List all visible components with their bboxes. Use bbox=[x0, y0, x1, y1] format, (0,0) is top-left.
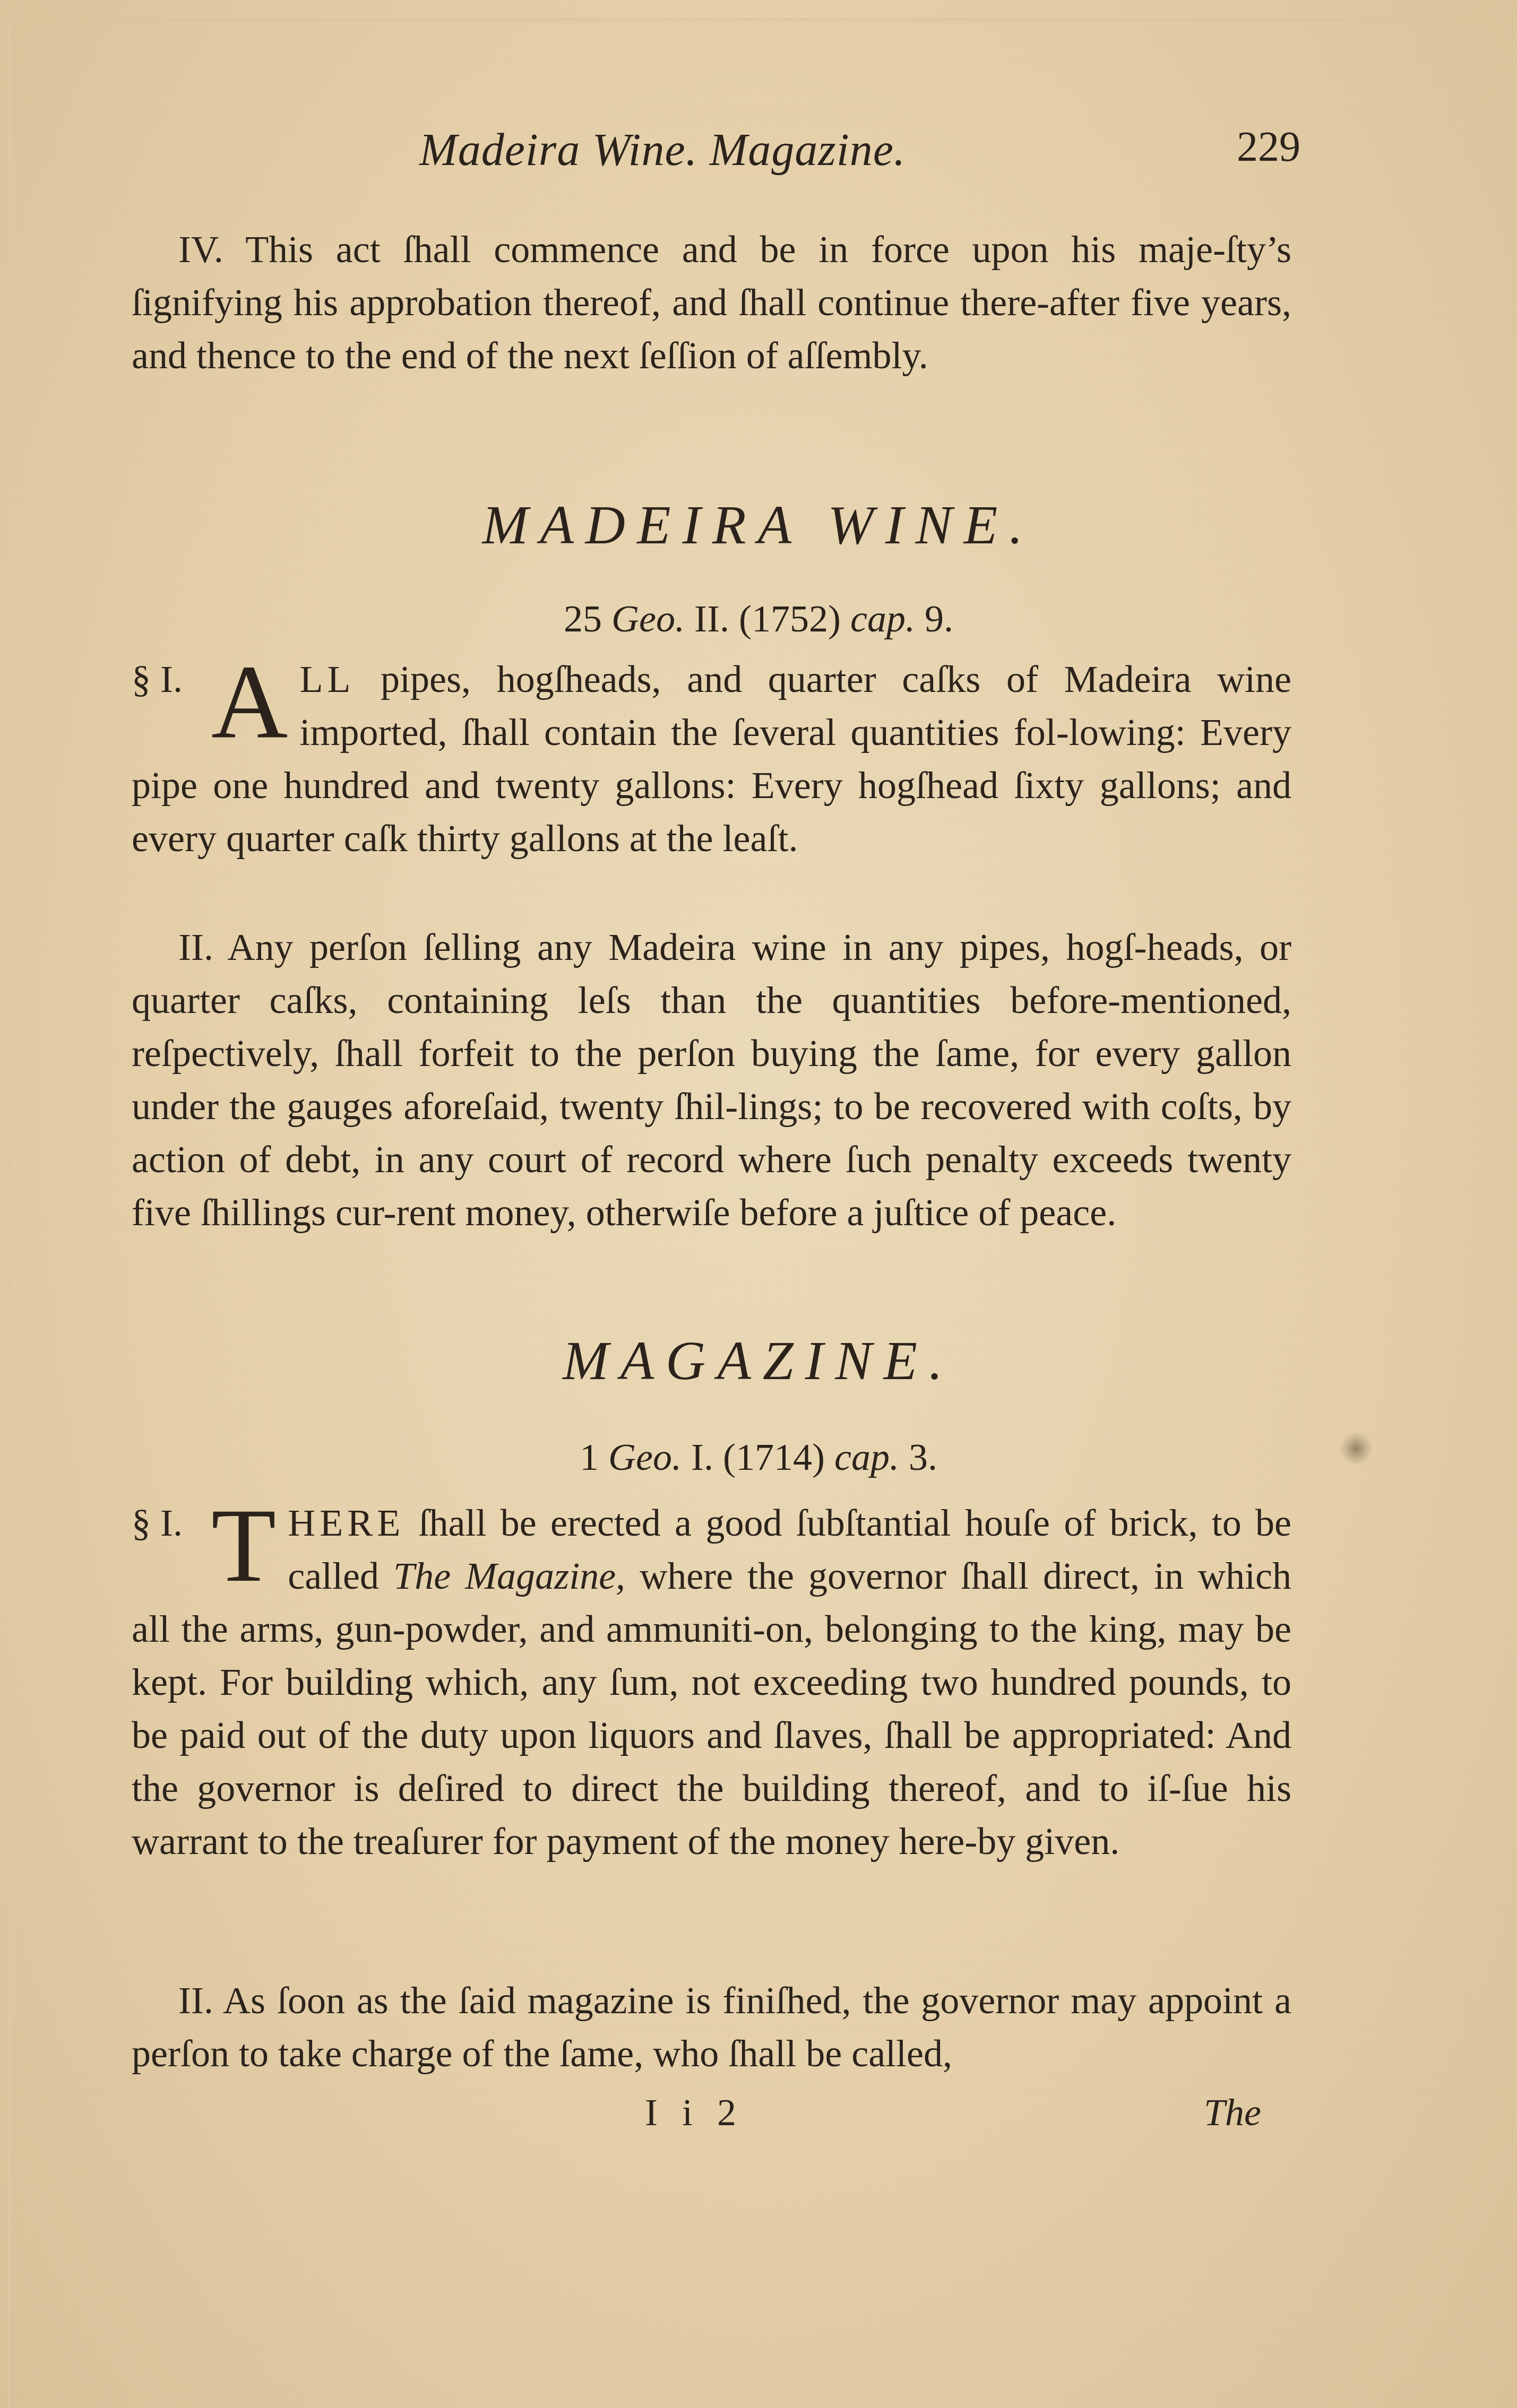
page-footer: I i 2 The bbox=[0, 2091, 1517, 2144]
statute-reference-madeira: 25 Geo. II. (1752) cap. 9. bbox=[0, 597, 1517, 641]
paragraph-text-part2: where the governor ſhall direct, in whic… bbox=[132, 1555, 1291, 1863]
magazine-section-ii-block: II. As ſoon as the ſaid magazine is fini… bbox=[132, 1974, 1291, 2080]
italic-the-magazine: The Magazine, bbox=[393, 1555, 625, 1597]
signature-mark: I i 2 bbox=[645, 2091, 744, 2135]
continuation-block: IV. This act ſhall commence and be in fo… bbox=[132, 223, 1291, 382]
paragraph-ii-madeira: II. Any perſon ſelling any Madeira wine … bbox=[132, 921, 1291, 1239]
drop-cap-t: T bbox=[211, 1501, 276, 1601]
drop-cap-a: A bbox=[211, 657, 288, 758]
magazine-section-i: § I. T HERE ſhall be erected a good ſubſ… bbox=[132, 1496, 1291, 1868]
section-title-magazine: MAGAZINE. bbox=[0, 1329, 1517, 1392]
paragraph-ii-magazine: II. As ſoon as the ſaid magazine is fini… bbox=[132, 1974, 1291, 2080]
madeira-section-ii-block: II. Any perſon ſelling any Madeira wine … bbox=[132, 921, 1291, 1239]
paragraph-iv: IV. This act ſhall commence and be in fo… bbox=[132, 223, 1291, 382]
madeira-section-i: § I. A LL pipes, hogſheads, and quarter … bbox=[132, 653, 1291, 865]
page-number: 229 bbox=[1237, 123, 1300, 171]
section-title-madeira-wine: MADEIRA WINE. bbox=[0, 493, 1517, 557]
catchword: The bbox=[1204, 2091, 1261, 2135]
statute-reference-magazine: 1 Geo. I. (1714) cap. 3. bbox=[0, 1435, 1517, 1479]
running-head: Madeira Wine. Magazine. 229 bbox=[419, 123, 1300, 187]
running-head-title: Madeira Wine. Magazine. bbox=[419, 123, 906, 176]
section-mark: § I. bbox=[132, 1496, 211, 1549]
book-page: Madeira Wine. Magazine. 229 IV. This act… bbox=[0, 0, 1517, 2408]
lead-caps: HERE bbox=[288, 1502, 404, 1544]
lead-caps: LL bbox=[299, 658, 355, 700]
section-mark: § I. bbox=[132, 653, 211, 706]
